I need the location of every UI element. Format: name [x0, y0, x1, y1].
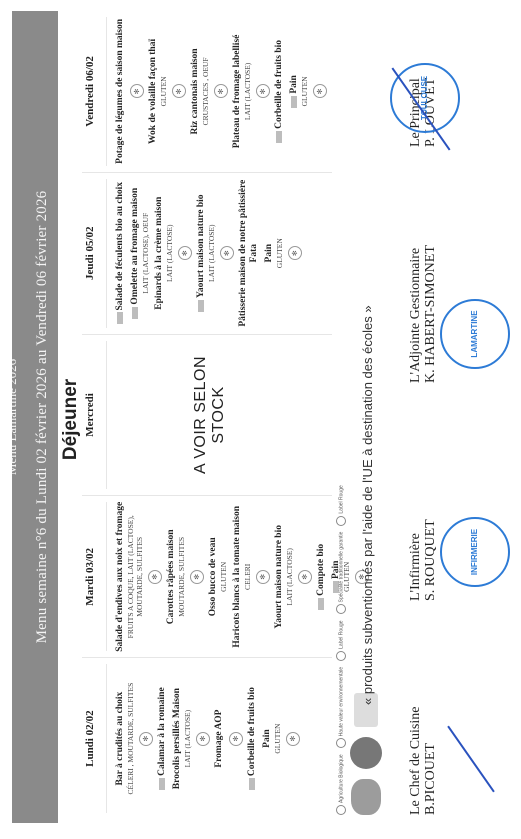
- dish-allergens: CELERI: [243, 500, 252, 653]
- dish-name: Yaourt maison nature bio: [196, 177, 207, 330]
- dish-list: [107, 335, 115, 496]
- aop-seal-icon: ✻: [229, 732, 243, 746]
- meal-title: Déjeuner: [60, 0, 82, 839]
- dish-item: Carottes râpées maisonMOUTARDE, SULFITES…: [166, 500, 204, 653]
- chef-signature-mark: [447, 726, 495, 793]
- legend-item: Agriculture Biologique: [336, 754, 346, 815]
- dish-item: Plateau de fromage labelliséLAIT (LACTOS…: [232, 15, 270, 168]
- dish-name: Compote bio: [316, 500, 327, 653]
- homemade-label-icon: ✻: [130, 84, 144, 98]
- organic-label-icon: [318, 598, 324, 610]
- stock-note: A VOIR SELON STOCK: [192, 335, 228, 496]
- organic-label-icon: [132, 307, 138, 319]
- dish-list: Salade de féculents bio au choixOmelette…: [107, 173, 302, 334]
- dish-allergens: LAIT (LACTOSE): [243, 15, 252, 168]
- homemade-label-icon: ✻: [196, 732, 210, 746]
- day-header: Vendredi 06/02: [82, 17, 107, 166]
- logos: [350, 693, 382, 815]
- dish-allergens: CÉLERI , MOUTARDE, SULFITES: [126, 662, 135, 815]
- signature-chef: Le Chef de Cuisine B.PICOUET: [408, 707, 438, 815]
- homemade-label-icon: ✻: [172, 84, 186, 98]
- dish-item: Potage de légumes de saison maison✻: [115, 15, 144, 168]
- dish-name: Pâtisserie maison de notre pâtissière Fa…: [238, 177, 260, 330]
- homemade-label-icon: ✻: [139, 732, 153, 746]
- eu-subsidy-note: « produits subventionnés par l'aide de l…: [360, 305, 375, 705]
- dish-name: Salade de féculents bio au choix: [115, 177, 126, 330]
- dish-item: Osso bucco de veauGLUTEN: [208, 500, 228, 653]
- dish-item: Omelette au fromage maisonLAIT (LACTOSE)…: [130, 177, 150, 330]
- dish-item: Compote bio: [316, 500, 327, 653]
- legend-item: Label Rouge: [336, 485, 346, 525]
- dish-item: Bar à crudités au choixCÉLERI , MOUTARDE…: [115, 662, 153, 815]
- day-header: Jeudi 05/02: [82, 179, 107, 328]
- dish-allergens: CRUSTACES , OEUF: [201, 15, 210, 168]
- label-seal-icon: [336, 738, 346, 748]
- dish-name: Potage de légumes de saison maison: [115, 15, 126, 168]
- homemade-label-icon: ✻: [286, 732, 300, 746]
- homemade-label-icon: ✻: [178, 246, 192, 260]
- dish-item: Corbeille de fruits bio: [247, 662, 258, 815]
- dish-allergens: GLUTEN: [159, 15, 168, 168]
- dish-item: PainGLUTEN✻: [264, 177, 302, 330]
- dish-name: Pain: [262, 662, 273, 815]
- day-column: MercrediA VOIR SELON STOCK: [82, 334, 332, 496]
- dish-name: Plateau de fromage labellisé: [232, 15, 243, 168]
- organic-label-icon: [276, 131, 282, 143]
- homemade-label-icon: ✻: [313, 84, 327, 98]
- dish-item: Yaourt maison nature bioLAIT (LACTOSE)✻: [274, 500, 312, 653]
- dish-list: Salade d'endives aux noix et fromageFRUI…: [107, 496, 369, 657]
- principal-stamp: TOULOUSE: [390, 63, 460, 133]
- dish-name: Epinards à la crème maison: [154, 177, 165, 330]
- homemade-label-icon: ✻: [256, 570, 270, 584]
- school-line: Menu Lamartine 2026: [12, 11, 20, 823]
- dish-allergens: FRUITS A COQUE, LAIT (LACTOSE), MOUTARDE…: [126, 500, 144, 653]
- dish-item: Fromage AOP✻: [214, 662, 243, 815]
- label-legend: Agriculture BiologiqueHaute valeur envir…: [336, 485, 346, 815]
- legend-item: Haute valeur environnementale: [336, 667, 346, 749]
- aop-seal-icon: ✻: [298, 570, 312, 584]
- dish-allergens: LAIT (LACTOSE), OEUF: [141, 177, 150, 330]
- dish-item: Yaourt maison nature bioLAIT (LACTOSE)✻: [196, 177, 234, 330]
- signature-manager: L'Adjointe Gestionnaire K. HABERT-SIMONE…: [408, 245, 438, 383]
- homemade-label-icon: ✻: [288, 246, 302, 260]
- label-seal-icon: [336, 516, 346, 526]
- dish-item: Brocolis persillés MaisonLAIT (LACTOSE)✻: [172, 662, 210, 815]
- dish-name: Riz cantonais maison: [190, 15, 201, 168]
- dish-name: Corbeille de fruits bio: [247, 662, 258, 815]
- dish-allergens: LAIT (LACTOSE): [207, 177, 216, 330]
- homemade-label-icon: ✻: [190, 570, 204, 584]
- aop-seal-icon: ✻: [256, 84, 270, 98]
- legend-item: Label Rouge: [336, 621, 346, 661]
- header-banner: Menu Lamartine 2026 Menu semaine n°6 du …: [12, 11, 58, 823]
- dish-list: Potage de légumes de saison maison✻Wok d…: [107, 11, 327, 172]
- nurse-stamp: INFIRMERIE: [440, 517, 510, 587]
- days-grid: Lundi 02/02Bar à crudités au choixCÉLERI…: [82, 11, 332, 819]
- signature-nurse: L'Infirmière S. ROUQUET: [408, 519, 438, 601]
- dish-name: Corbeille de fruits bio: [274, 15, 285, 168]
- dish-name: Wok de volaille façon thaï: [148, 15, 159, 168]
- homemade-label-icon: ✻: [214, 84, 228, 98]
- label-seal-icon: [336, 805, 346, 815]
- manager-stamp: LAMARTINE: [440, 299, 510, 369]
- label-seal-icon: [336, 605, 346, 615]
- dish-name: Fromage AOP: [214, 662, 225, 815]
- menu-sheet: Menu Lamartine 2026 Menu semaine n°6 du …: [0, 0, 521, 839]
- organic-label-icon: [159, 778, 165, 790]
- dish-item: Epinards à la crème maisonLAIT (LACTOSE)…: [154, 177, 192, 330]
- dish-item: Pâtisserie maison de notre pâtissière Fa…: [238, 177, 260, 330]
- dish-item: Wok de volaille façon thaïGLUTEN✻: [148, 15, 186, 168]
- aop-seal-icon: ✻: [220, 246, 234, 260]
- dish-allergens: GLUTEN: [275, 177, 284, 330]
- dish-name: Carottes râpées maison: [166, 500, 177, 653]
- day-header: Mercredi: [82, 341, 107, 490]
- dish-item: Salade d'endives aux noix et fromageFRUI…: [115, 500, 162, 653]
- homemade-label-icon: ✻: [148, 570, 162, 584]
- day-column: Vendredi 06/02Potage de légumes de saiso…: [82, 11, 332, 172]
- dish-item: Corbeille de fruits bio: [274, 15, 285, 168]
- dish-allergens: LAIT (LACTOSE): [285, 500, 294, 653]
- dish-allergens: LAIT (LACTOSE): [183, 662, 192, 815]
- dish-allergens: MOUTARDE, SULFITES: [177, 500, 186, 653]
- dish-allergens: GLUTEN: [273, 662, 282, 815]
- label-seal-icon: [336, 651, 346, 661]
- organic-label-icon: [249, 778, 255, 790]
- dish-name: Omelette au fromage maison: [130, 177, 141, 330]
- menu-title: Menu semaine n°6 du Lundi 02 février 202…: [34, 11, 51, 823]
- day-column: Mardi 03/02Salade d'endives aux noix et …: [82, 495, 332, 657]
- organic-label-icon: [117, 312, 123, 324]
- dish-name: Yaourt maison nature bio: [274, 500, 285, 653]
- day-column: Jeudi 05/02Salade de féculents bio au ch…: [82, 172, 332, 334]
- dish-name: Haricots blancs à la tomate maison: [232, 500, 243, 653]
- dish-item: Haricots blancs à la tomate maisonCELERI…: [232, 500, 270, 653]
- dish-item: Salade de féculents bio au choix: [115, 177, 126, 330]
- day-header: Mardi 03/02: [82, 502, 107, 651]
- dish-name: Pain: [289, 15, 300, 168]
- organic-label-icon: [291, 96, 297, 108]
- dish-name: Pain: [264, 177, 275, 330]
- day-column: Lundi 02/02Bar à crudités au choixCÉLERI…: [82, 657, 332, 819]
- dish-item: Calamar à la romaine: [157, 662, 168, 815]
- dish-name: Osso bucco de veau: [208, 500, 219, 653]
- dish-name: Brocolis persillés Maison: [172, 662, 183, 815]
- dish-item: PainGLUTEN✻: [262, 662, 300, 815]
- legend-item: Spécialité traditionnelle garantie: [336, 532, 346, 615]
- dish-allergens: GLUTEN: [300, 15, 309, 168]
- dish-allergens: LAIT (LACTOSE): [165, 177, 174, 330]
- dish-list: Bar à crudités au choixCÉLERI , MOUTARDE…: [107, 658, 300, 819]
- dish-name: Bar à crudités au choix: [115, 662, 126, 815]
- dish-allergens: GLUTEN: [219, 500, 228, 653]
- dish-item: Riz cantonais maisonCRUSTACES , OEUF✻: [190, 15, 228, 168]
- organic-label-icon: [198, 300, 204, 312]
- day-header: Lundi 02/02: [82, 664, 107, 813]
- milk-program-logo: [350, 737, 382, 769]
- dish-name: Calamar à la romaine: [157, 662, 168, 815]
- dish-name: Salade d'endives aux noix et fromage: [115, 500, 126, 653]
- dish-item: PainGLUTEN✻: [289, 15, 327, 168]
- fruit-program-logo: [351, 779, 381, 815]
